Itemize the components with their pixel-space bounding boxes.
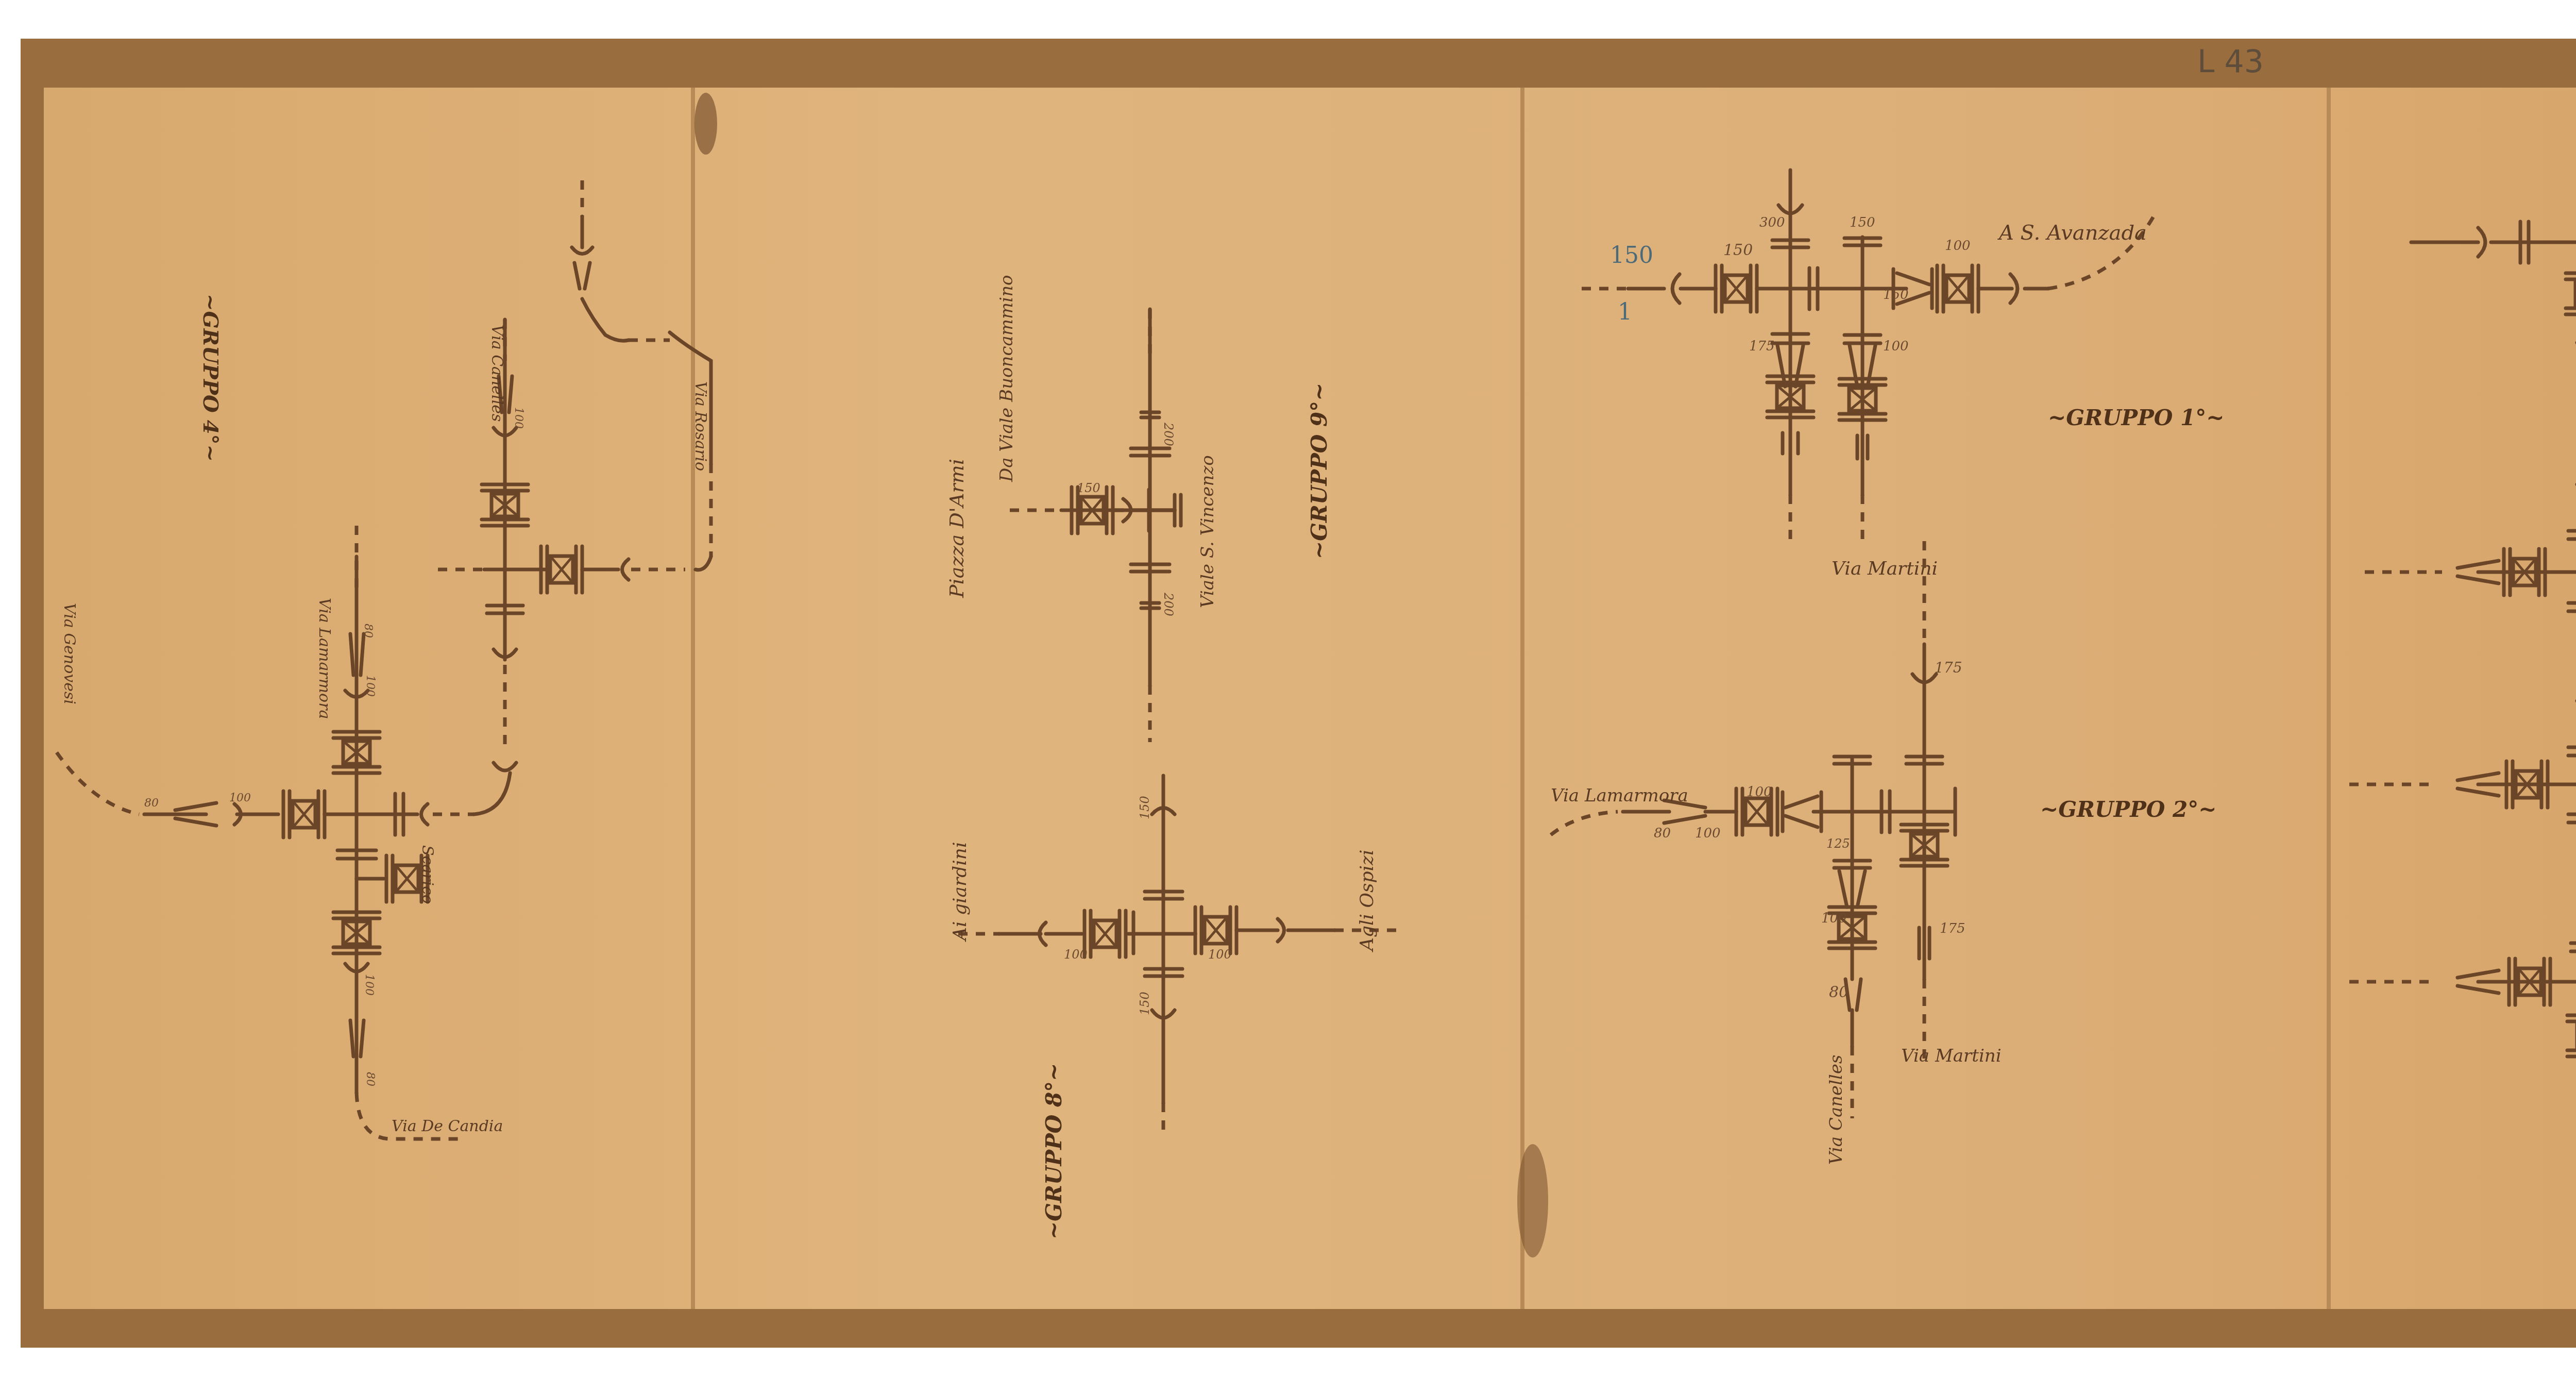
dimension-label: 80 <box>364 1072 377 1086</box>
street-label: Ai giardini <box>950 842 971 942</box>
street-label: Via Martini <box>1832 558 1938 579</box>
paper-damage <box>1517 1144 1548 1257</box>
dimension-label: 100 <box>1208 947 1232 962</box>
dimension-label: 100 <box>1821 911 1847 926</box>
street-label: Via Canelles <box>1826 1054 1846 1165</box>
street-label: Via De Candia <box>392 1117 503 1135</box>
street-label: Via Lamarmora <box>315 598 333 719</box>
street-label: Via Martini <box>1901 1046 2002 1066</box>
dimension-label: 100 <box>512 407 525 429</box>
dimension-label: 80 <box>1654 826 1671 841</box>
dimension-label: 175 <box>1749 339 1775 354</box>
group-label: ~GRUPPO 8°~ <box>1041 1063 1066 1239</box>
street-label: A S. Avanzada <box>1997 221 2147 245</box>
dimension-label: 125 <box>1826 836 1850 851</box>
dimension-label: 100 <box>1945 238 1971 254</box>
group-label: ~GRUPPO 9°~ <box>1307 383 1332 559</box>
street-label: Piazza D'Armi <box>945 459 968 598</box>
dimension-label: 150 <box>1723 241 1753 259</box>
street-label: Viale S. Vincenzo <box>1197 455 1218 608</box>
paper-damage <box>694 93 717 155</box>
street-label: Via Lamarmora <box>1551 785 1688 806</box>
dimension-label: 300 <box>1759 215 1785 230</box>
dimension-label: 100 <box>363 974 376 996</box>
dimension-label: 150 <box>1077 481 1100 495</box>
dimension-label: 175 <box>1940 921 1965 936</box>
dimension-label: 200 <box>1161 592 1176 616</box>
dimension-label: 200 <box>1161 422 1176 446</box>
group-label: ~GRUPPO 4°~ <box>198 294 223 462</box>
dimension-blue: 150 <box>1610 242 1653 269</box>
dimension-label: 100 <box>1064 947 1088 962</box>
dimension-label: 80 <box>144 797 159 810</box>
pipe-network-diagram: L 43 150 <box>0 0 2576 1376</box>
dimension-label: 150 <box>1138 992 1152 1015</box>
dimension-label: 150 <box>1883 287 1909 303</box>
dimension-label: 175 <box>1935 659 1962 676</box>
annotation-label: Scarico <box>418 845 436 904</box>
dimension-label: 80 <box>1829 983 1849 1001</box>
dimension-label: 150 <box>1138 796 1152 819</box>
dimension-label: 80 <box>362 624 375 638</box>
archive-mark: L 43 <box>2197 44 2264 80</box>
dimension-label: 100 <box>1695 826 1721 841</box>
dimension-label: 100 <box>1747 784 1772 800</box>
group-label: ~GRUPPO 2°~ <box>2040 797 2216 822</box>
street-label: Agli Ospizi <box>1357 849 1378 952</box>
scanned-drawing: L 43 150 <box>0 0 2576 1376</box>
dimension-blue: 1 <box>1618 299 1632 325</box>
dimension-label: 150 <box>1850 215 1875 230</box>
group-label: ~GRUPPO 1°~ <box>2048 405 2224 430</box>
street-label: Via Canelles <box>488 325 506 422</box>
street-label: Da Viale Buoncammino <box>996 275 1017 482</box>
dimension-label: 100 <box>364 675 377 697</box>
dimension-label: 100 <box>1883 339 1909 354</box>
dimension-label: 100 <box>229 792 251 804</box>
street-label: Via Rosario <box>691 381 709 471</box>
street-label: Via Genovesi <box>60 603 78 704</box>
